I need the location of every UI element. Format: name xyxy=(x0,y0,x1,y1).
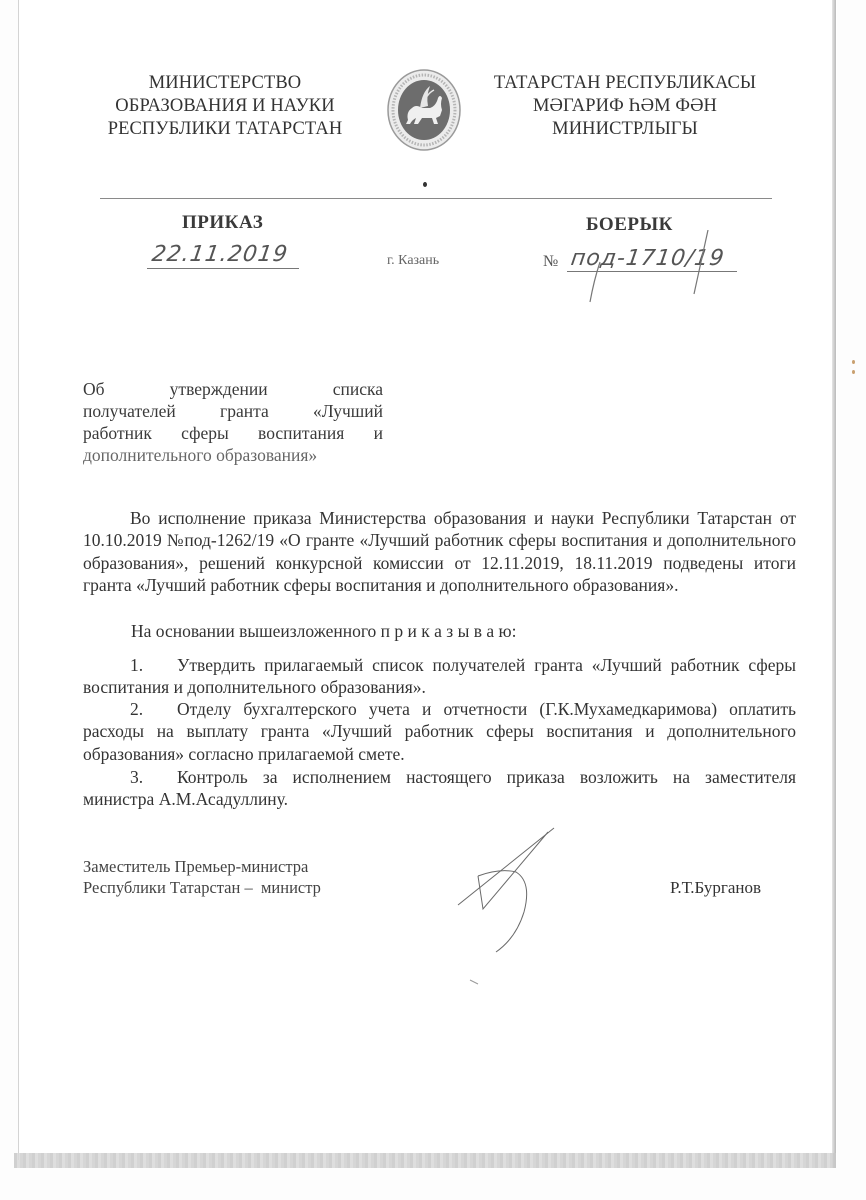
item-text: Отделу бухгалтерского учета и отчетности… xyxy=(83,699,796,764)
item-number: 1. xyxy=(130,654,177,676)
item-text: Контроль за исполнением настоящего прика… xyxy=(83,767,796,809)
letterhead-right-line: ТАТАРСТАН РЕСПУБЛИКАСЫ xyxy=(480,72,770,95)
order-subject: Об утверждении списка получателей гранта… xyxy=(83,378,383,466)
order-item-3: 3.Контроль за исполнением настоящего при… xyxy=(83,766,796,811)
item-number: 3. xyxy=(130,766,177,788)
order-title-ru: ПРИКАЗ xyxy=(182,212,263,234)
scan-specks xyxy=(852,360,855,380)
letterhead-right-line: МӘГАРИФ ҺӘМ ФӘН xyxy=(480,95,770,118)
tatarstan-coat-of-arms-icon xyxy=(386,68,462,152)
order-date-handwritten: 22.11.2019 xyxy=(150,242,289,267)
subject-line: работник сферы воспитания и xyxy=(83,422,383,444)
letterhead-left-line: РЕСПУБЛИКИ ТАТАРСТАН xyxy=(85,118,365,141)
subject-line: дополнительного образования» xyxy=(83,444,383,466)
order-item-2: 2.Отделу бухгалтерского учета и отчетнос… xyxy=(83,698,796,765)
subject-line: Об утверждении списка xyxy=(83,378,383,400)
number-sign: № xyxy=(543,253,558,271)
letterhead-left: МИНИСТЕРСТВО ОБРАЗОВАНИЯ И НАУКИ РЕСПУБЛ… xyxy=(85,72,365,141)
page-edge-shadow-right xyxy=(832,0,836,1168)
letterhead-left-line: МИНИСТЕРСТВО xyxy=(85,72,365,95)
letterhead-right-line: МИНИСТРЛЫГЫ xyxy=(480,118,770,141)
date-underline xyxy=(147,268,299,269)
letterhead-divider xyxy=(100,198,772,199)
letterhead-right: ТАТАРСТАН РЕСПУБЛИКАСЫ МӘГАРИФ ҺӘМ ФӘН М… xyxy=(480,72,770,141)
order-city: г. Казань xyxy=(387,253,439,269)
order-item-1: 1.Утвердить прилагаемый список получател… xyxy=(83,654,796,699)
preamble-paragraph: Во исполнение приказа Министерства образ… xyxy=(83,507,796,596)
signatory-title: Заместитель Премьер-министра Республики … xyxy=(83,856,321,898)
item-text: Утвердить прилагаемый список получателей… xyxy=(83,655,796,697)
scan-dot xyxy=(423,182,427,187)
signatory-title-line: Республики Татарстан – министр xyxy=(83,877,321,898)
signatory-name: Р.Т.Бурганов xyxy=(670,878,761,898)
handwritten-signature-icon xyxy=(440,820,580,990)
subject-line: получателей гранта «Лучший xyxy=(83,400,383,422)
letterhead-left-line: ОБРАЗОВАНИЯ И НАУКИ xyxy=(85,95,365,118)
handwriting-strokes xyxy=(560,230,760,310)
decree-phrase: На основании вышеизложенного п р и к а з… xyxy=(83,620,796,642)
item-number: 2. xyxy=(130,698,177,720)
signatory-title-line: Заместитель Премьер-министра xyxy=(83,856,321,877)
page-edge-shadow-bottom xyxy=(14,1153,836,1168)
